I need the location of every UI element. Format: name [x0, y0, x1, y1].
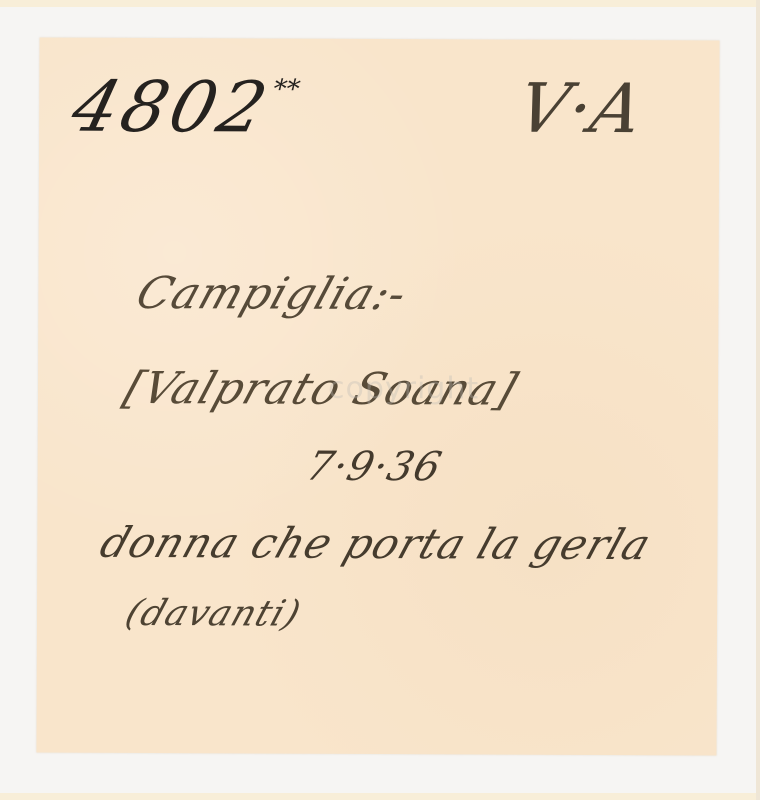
scan-border-top: [0, 0, 760, 7]
catalog-number-value: 4802: [64, 66, 279, 149]
view-note: (davanti): [120, 593, 306, 635]
label-card: 4802** V·A Campiglia:- [Valprato Soana] …: [36, 38, 719, 756]
place-name: Campiglia:-: [130, 268, 414, 320]
scan-border-right: [756, 0, 760, 800]
watermark: copyright: [328, 371, 479, 407]
subject-description: donna che porta la gerla: [94, 518, 657, 569]
date: 7·9·36: [302, 444, 447, 491]
catalog-number: 4802**: [64, 66, 305, 149]
series-code: V·A: [511, 70, 651, 149]
scan-border-bottom: [0, 793, 760, 800]
